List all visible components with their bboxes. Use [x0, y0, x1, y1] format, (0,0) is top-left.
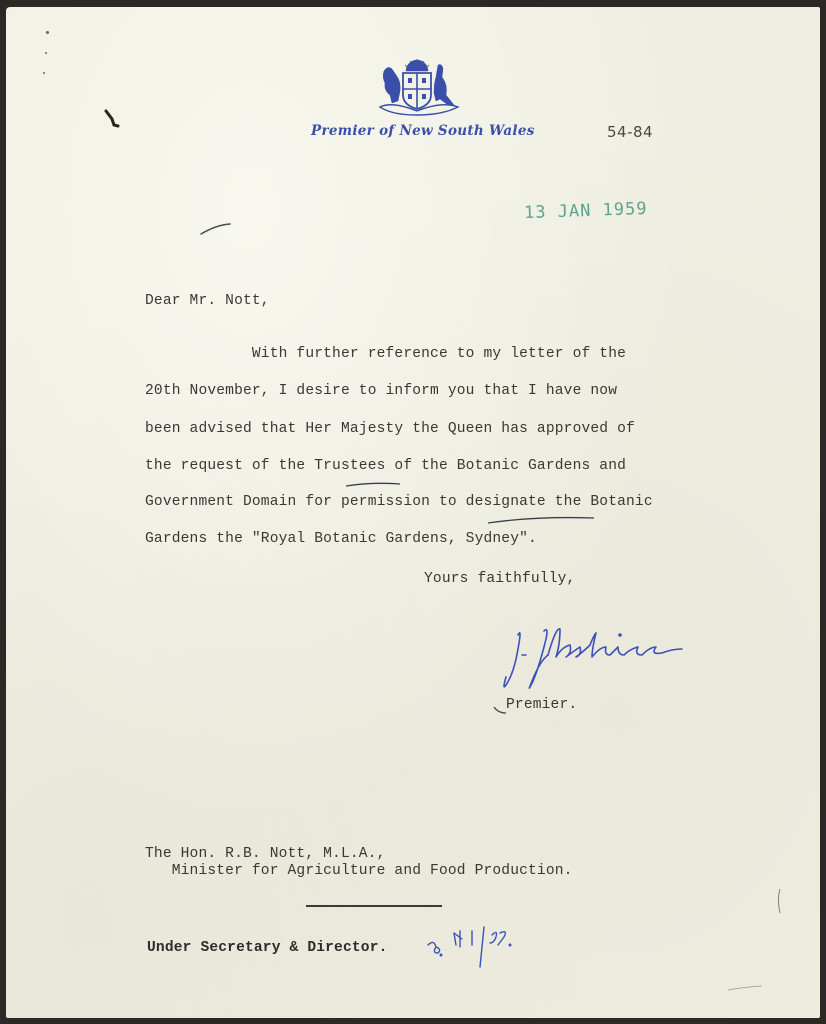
nsw-coat-of-arms-icon [372, 57, 462, 119]
letter-page: Premier of New South Wales 54-84 13 JAN … [6, 7, 820, 1018]
body-line: 20th November, I desire to inform you th… [145, 383, 617, 399]
divider-rule [306, 905, 442, 907]
body-line: With further reference to my letter of t… [145, 346, 626, 362]
paper-speck [43, 72, 45, 74]
paper-speck [46, 31, 49, 34]
salutation: Dear Mr. Nott, [145, 293, 270, 309]
handwritten-initials-date-icon [424, 923, 542, 973]
addressee-name: The Hon. R.B. Nott, M.L.A., [145, 846, 386, 862]
closing: Yours faithfully, [424, 571, 575, 587]
paper-scratch-mark [774, 887, 788, 917]
paper-scratch-mark [726, 983, 766, 993]
body-line: the request of the Trustees of the Botan… [145, 458, 626, 474]
date-received-stamp: 13 JAN 1959 [524, 199, 648, 223]
paper-speck [45, 52, 47, 54]
addressee-title: Minister for Agriculture and Food Produc… [145, 863, 573, 879]
body-line: been advised that Her Majesty the Queen … [145, 421, 635, 437]
ink-blot-mark [102, 107, 124, 131]
underline-designate [486, 515, 598, 525]
letterhead-title: Premier of New South Wales [311, 123, 535, 139]
body-line: Gardens the "Royal Botanic Gardens, Sydn… [145, 531, 537, 547]
referral-line: Under Secretary & Director. [147, 940, 388, 956]
signatory-title: Premier. [506, 697, 577, 713]
underline-trustees [344, 481, 404, 489]
body-line: Government Domain for permission to desi… [145, 494, 653, 510]
handwritten-signature-icon [500, 621, 688, 693]
pencil-tick-mark [198, 219, 238, 239]
reference-number: 54-84 [607, 123, 653, 141]
